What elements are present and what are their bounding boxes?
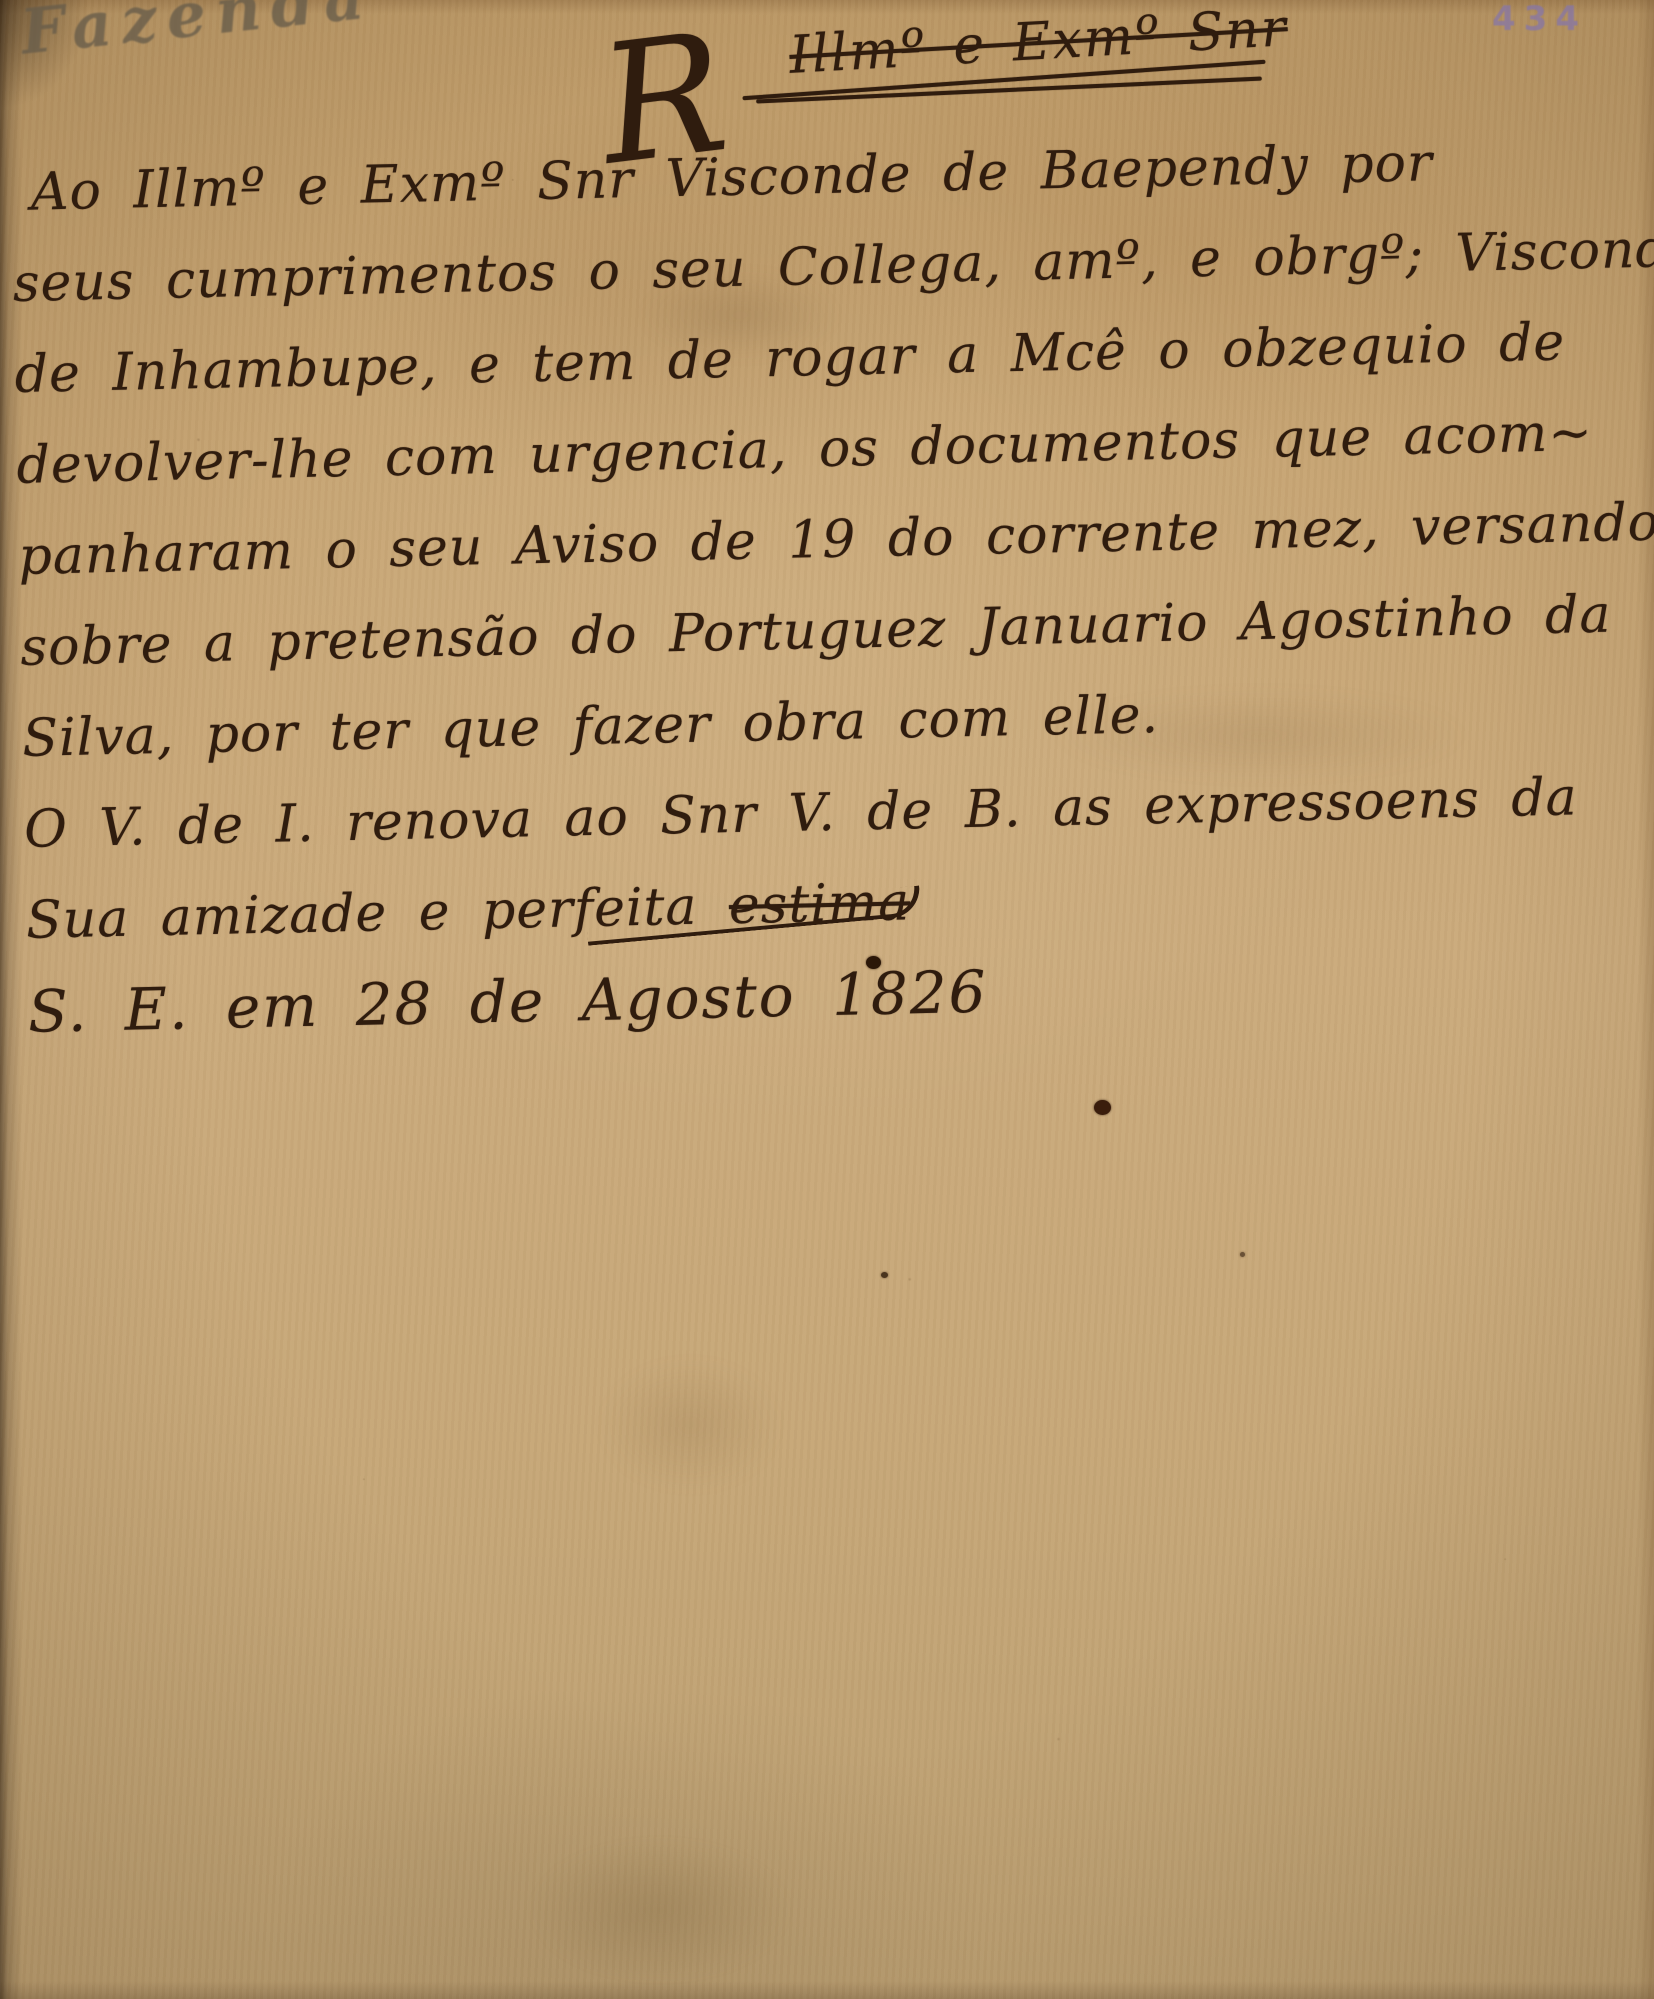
ink-spot bbox=[1094, 1100, 1111, 1115]
letter-body: Ao Illmº e Exmº Snr Visconde de Baependy… bbox=[10, 114, 1654, 1058]
ink-spot bbox=[1240, 1252, 1245, 1257]
folio-number-stamp: 434 bbox=[1492, 2, 1587, 36]
ink-spot bbox=[866, 956, 881, 969]
ink-spot bbox=[881, 1272, 888, 1278]
manuscript-page: Fazenda 434 R Illmº e Exmº Snr Ao Illmº … bbox=[0, 0, 1654, 1999]
